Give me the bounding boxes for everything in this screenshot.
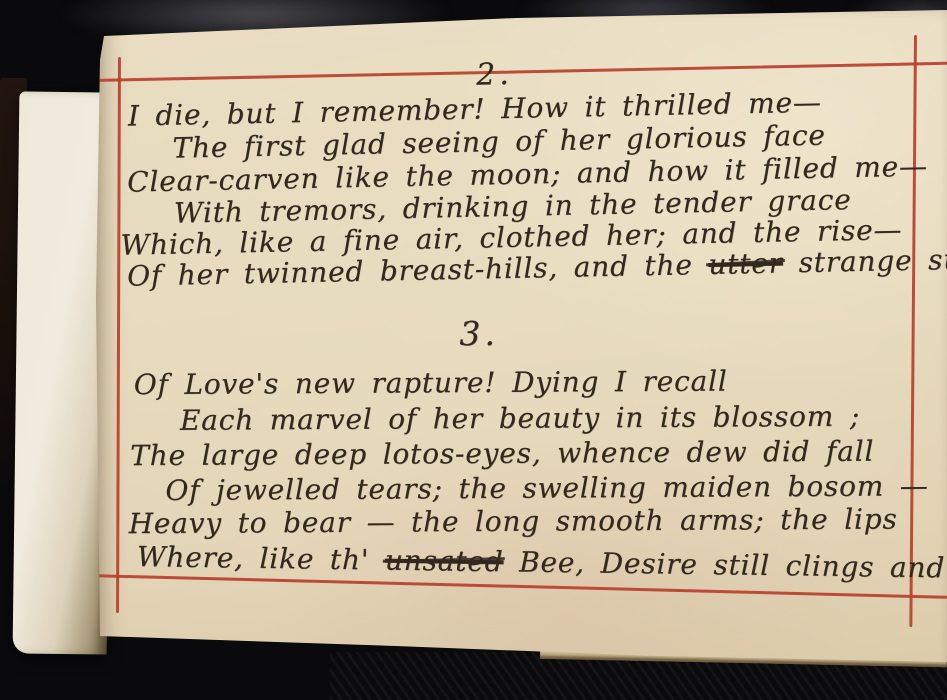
poem-line-3-2: Each marvel of her beauty in its blossom… xyxy=(180,400,860,437)
poem-line-3-6: Where, like th' unsated Bee, Desire stil… xyxy=(137,540,947,586)
poem-text: Where, like th' xyxy=(137,540,386,576)
poem-line-3-4: Of jewelled tears; the swelling maiden b… xyxy=(165,469,928,507)
stanza-3-number: 3. xyxy=(459,314,499,353)
photographed-manuscript: 2. I die, but I remember! How it thrille… xyxy=(0,0,947,700)
poem-text: Bee, Desire still clings and sips : xyxy=(503,545,947,586)
struck-word: unsated xyxy=(385,544,504,579)
stanza-3: 3. Of Love's new rapture! Dying I recall… xyxy=(93,0,947,700)
poem-line-3-1: Of Love's new rapture! Dying I recall xyxy=(134,365,728,402)
poem-line-3-3: The large deep lotos-eyes, whence dew di… xyxy=(130,435,874,473)
poem-line-3-5: Heavy to bear — the long smooth arms; th… xyxy=(129,502,898,540)
manuscript-page: 2. I die, but I remember! How it thrille… xyxy=(96,0,947,700)
